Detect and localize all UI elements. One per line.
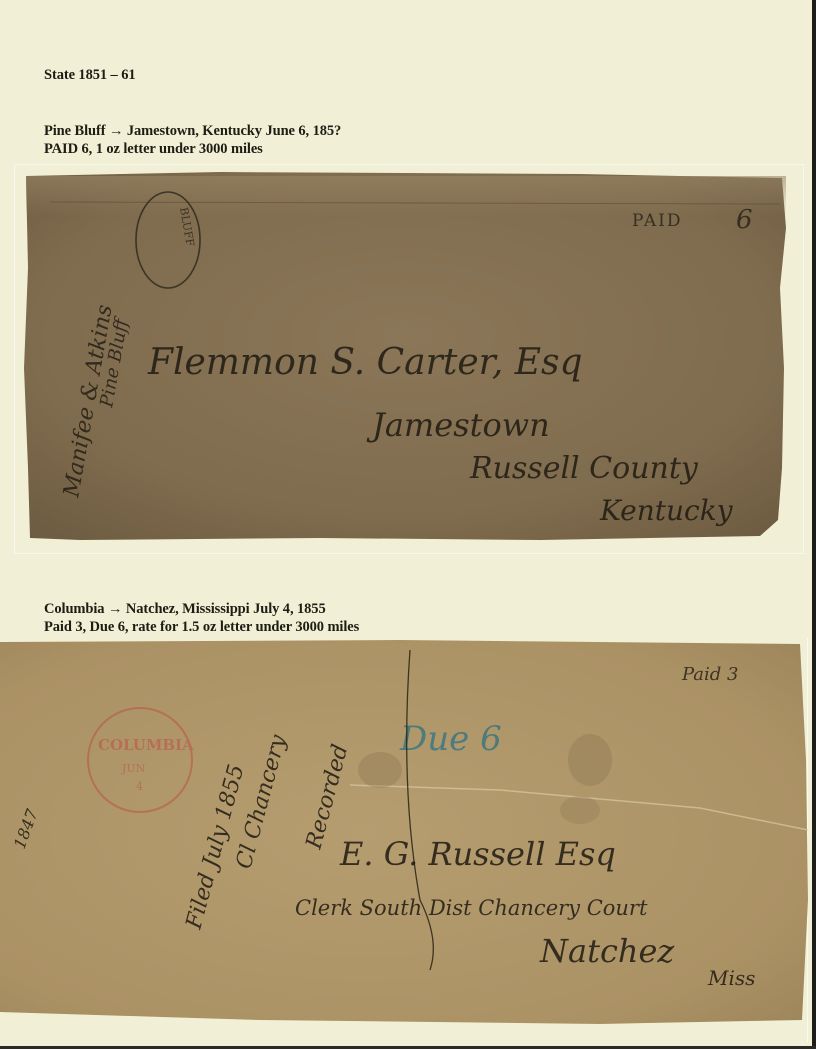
cover-2-due-marking: Due 6 [399,719,502,759]
scan-edge [812,0,816,1049]
cover-1-envelope: BLUFF PAID 6 Manifee & Atkins Pine Bluff… [20,168,795,548]
cover-2-address-line3: Natchez [539,932,675,970]
cover-1-caption-line2: PAID 6, 1 oz letter under 3000 miles [44,140,263,158]
cover-1-address-line3: Russell County [469,451,699,486]
cover-2-address-line1: E. G. Russell Esq [339,835,616,873]
cover-2-paid-marking: Paid 3 [681,664,739,685]
cover-2-address-line4: Miss [707,966,755,990]
cover-2-caption-line1: Columbia → Natchez, Mississippi July 4, … [44,600,326,618]
cover-1-paid-marking: PAID [632,211,683,231]
cover-1-address-line4: Kentucky [599,494,734,527]
svg-text:JUN: JUN [121,762,146,775]
cover-2-address-line2: Clerk South Dist Chancery Court [295,896,648,920]
cover-1-image: BLUFF PAID 6 Manifee & Atkins Pine Bluff… [20,168,795,548]
cover-1-address-line1: Flemmon S. Carter, Esq [147,342,583,383]
cover-1-rate-numeral: 6 [736,205,753,235]
cover-2-image: COLUMBIA JUN 4 Due 6 Paid 3 Filed July 1… [0,640,812,1038]
section-title: State 1851 – 61 [44,66,136,84]
cover-2-envelope: COLUMBIA JUN 4 Due 6 Paid 3 Filed July 1… [0,640,812,1038]
cover-1-address-line2: Jamestown [366,406,550,444]
cover-2-caption-line2: Paid 3, Due 6, rate for 1.5 oz letter un… [44,618,359,636]
svg-text:4: 4 [136,780,143,793]
cover-1-caption-line1: Pine Bluff → Jamestown, Kentucky June 6,… [44,122,341,140]
svg-text:COLUMBIA: COLUMBIA [98,736,194,754]
